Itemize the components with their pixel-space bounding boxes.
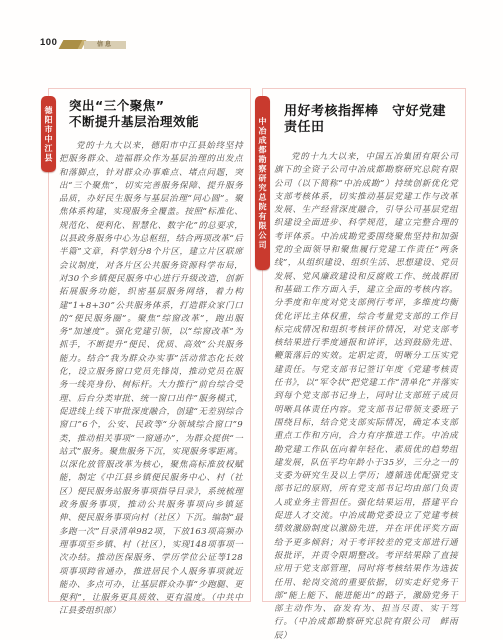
article-left-title: 突出“三个聚焦” 不断提升基层治理效能 [49, 89, 250, 129]
article-left-title-line1: 突出“三个聚焦” [69, 98, 244, 114]
article-left: 德阳市中江县 突出“三个聚焦” 不断提升基层治理效能 党的十九大以来，德阳市中江… [48, 88, 251, 602]
magazine-page: 100 信息 德阳市中江县 突出“三个聚焦” 不断提升基层治理效能 党的十九大以… [0, 0, 503, 640]
article-right-company-tab: 中冶成都勘察研究总院有限公司 [255, 96, 270, 270]
article-left-body: 党的十九大以来，德阳市中江县始终坚持把服务群众、造福群众作为基层治理的出发点和落… [49, 129, 250, 619]
article-left-title-line2: 不断提升基层治理效能 [69, 114, 244, 130]
article-right-title: 用好考核指挥棒 守好党建责任田 [263, 89, 465, 136]
article-left-region-tab: 德阳市中江县 [41, 96, 56, 172]
article-right-title-line1: 用好考核指挥棒 守好党建责任田 [284, 104, 459, 136]
article-right-body: 党的十九大以来，中国五冶集团有限公司旗下的全资子公司中冶成都勘察研究总院有限公司… [263, 136, 465, 640]
section-marker-icon [59, 40, 84, 49]
article-right: 中冶成都勘察研究总院有限公司 用好考核指挥棒 守好党建责任田 党的十九大以来，中… [262, 88, 466, 602]
page-number: 100 [40, 37, 57, 48]
page-header: 100 信息 [0, 0, 503, 60]
section-bar: 信息 [84, 41, 126, 49]
section-label: 信息 [97, 42, 113, 48]
